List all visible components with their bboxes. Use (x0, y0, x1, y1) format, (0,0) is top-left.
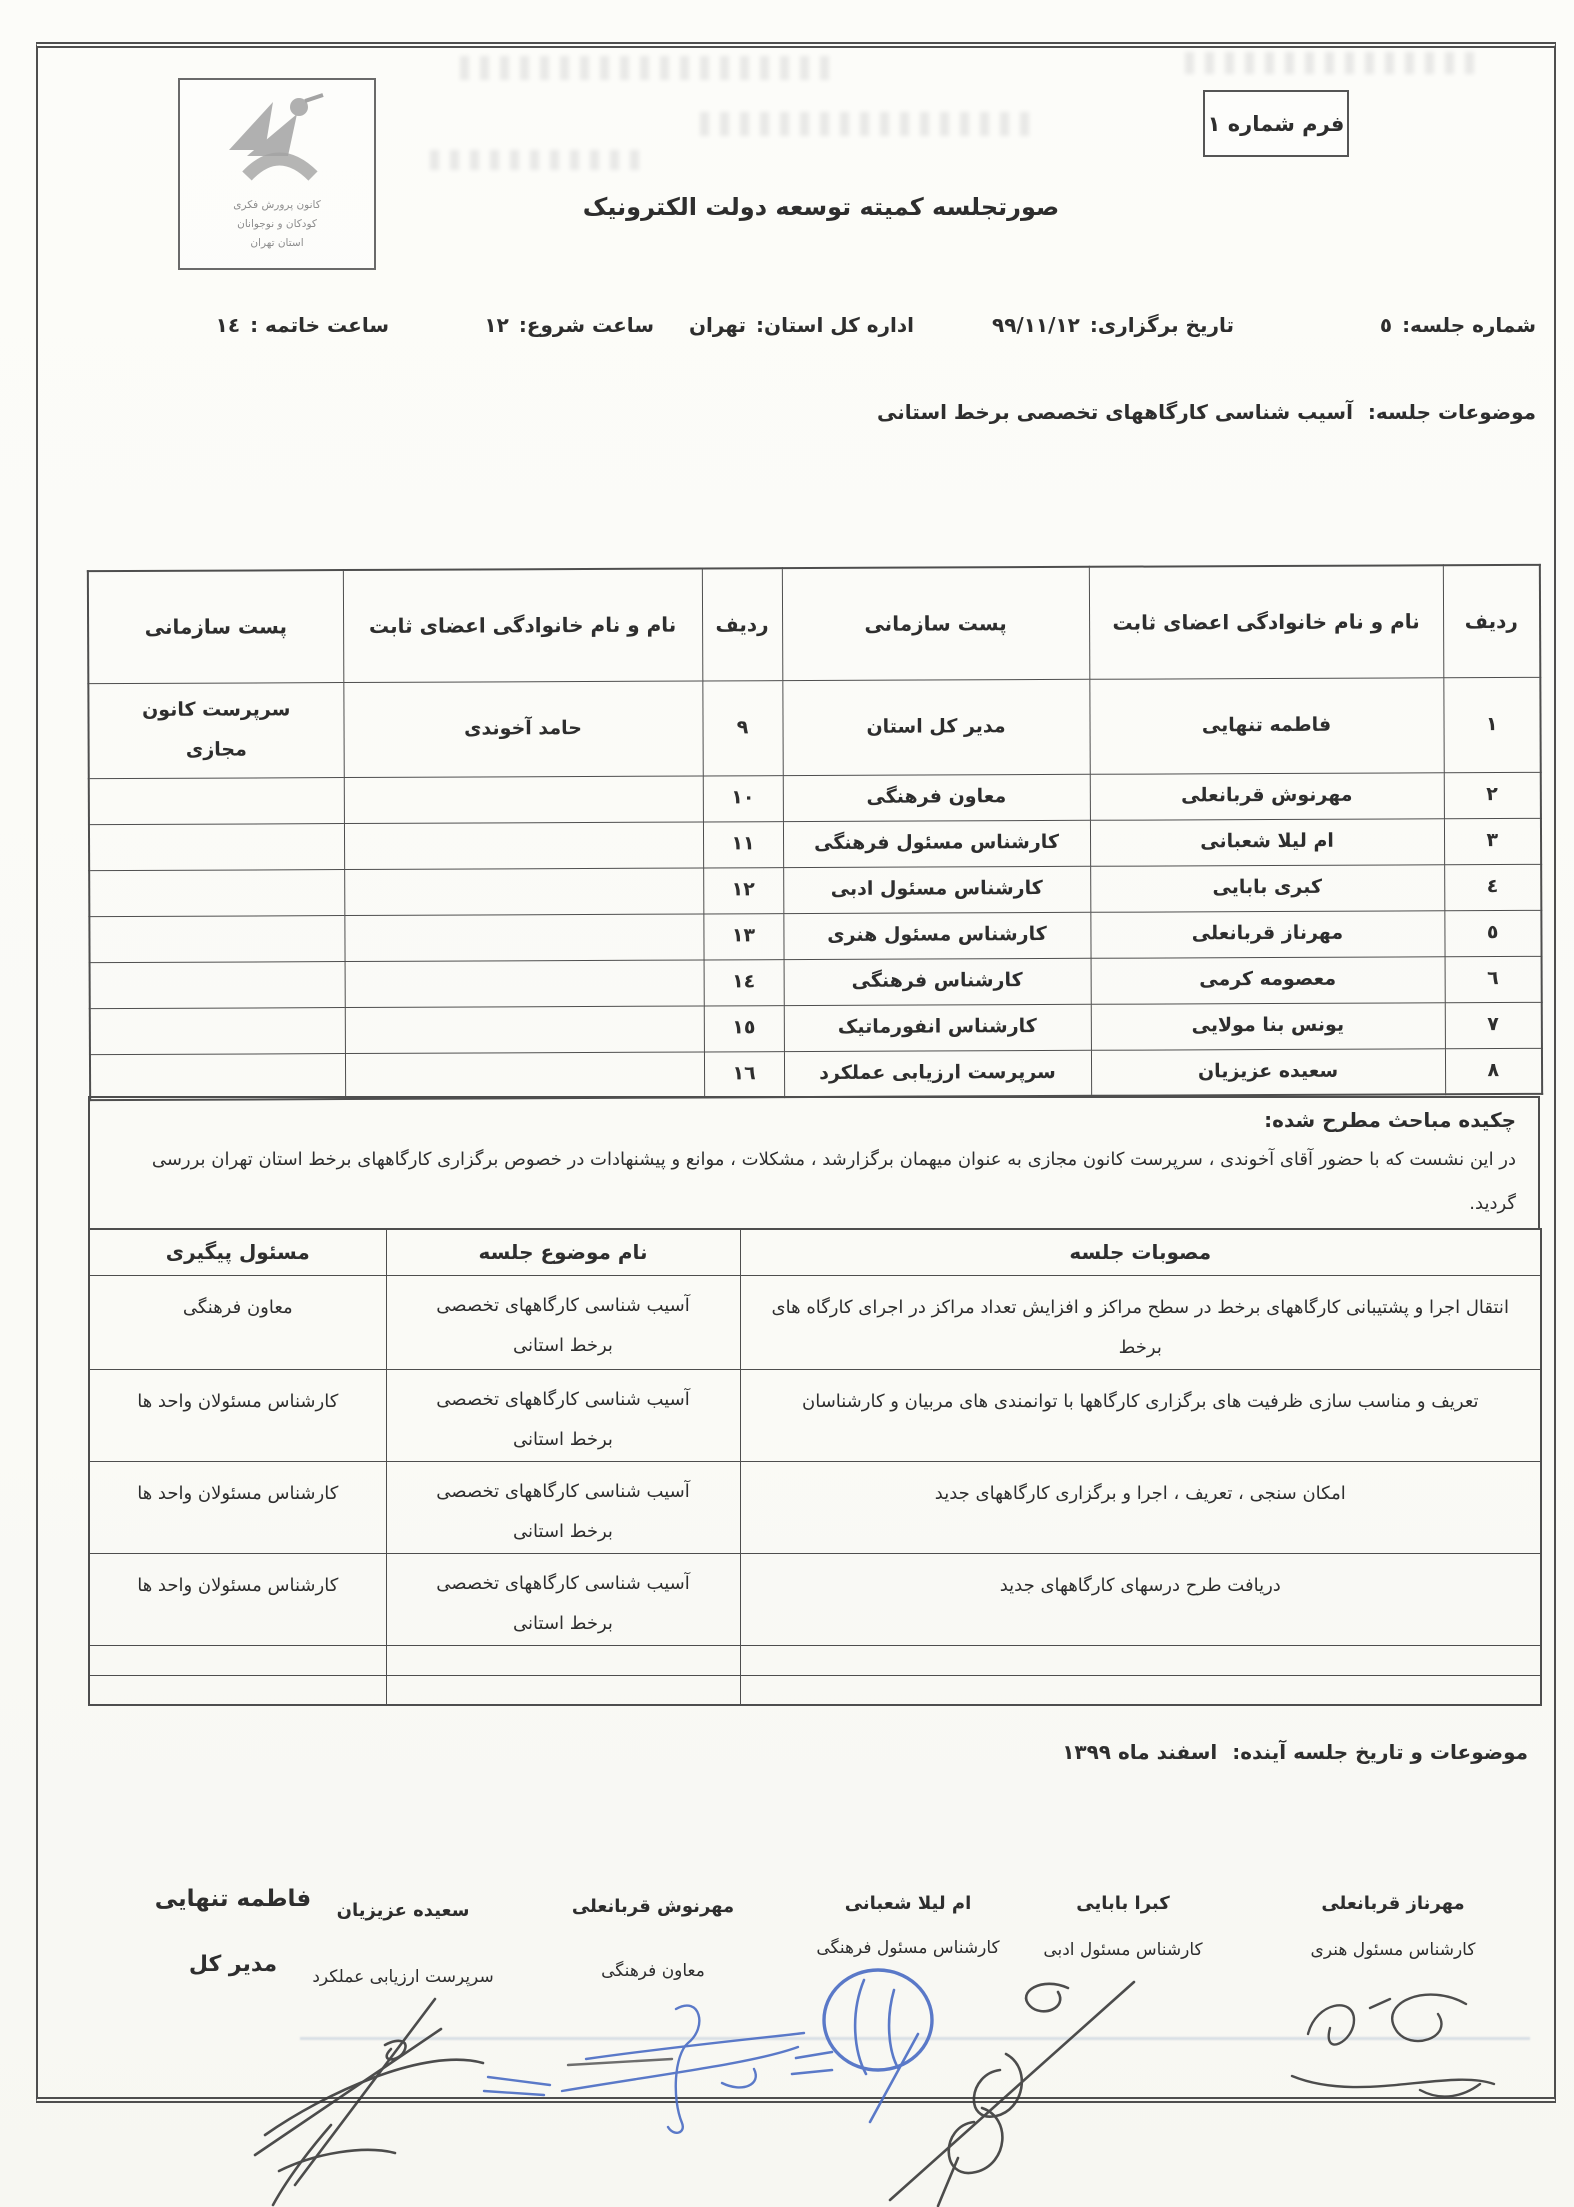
member-index-2: ۱۱ (703, 821, 783, 867)
province-office-value: تهران (689, 313, 746, 337)
col-header-post: پست سازمانی (782, 567, 1089, 680)
col-header-row-no: ردیف (1443, 565, 1540, 677)
member-name-2: حامد آخوندی (343, 680, 702, 777)
signatory-role: کارشناس مسئول ادبی (998, 1940, 1248, 1960)
member-row: ۸ سعیده عزیزیان سرپرست ارزیابی عملکرد ۱٦ (90, 1048, 1542, 1100)
member-index: ۸ (1445, 1048, 1542, 1094)
member-name: مهرنوش قربانعلی (1090, 772, 1444, 820)
form-number-label: فرم شماره ۱ (1208, 112, 1345, 136)
member-name-2 (345, 959, 704, 1007)
signatory-role: کارشناس مسئول هنری (1268, 1940, 1518, 1960)
member-post-2 (90, 961, 345, 1008)
member-name: معصومه کرمی (1091, 956, 1445, 1004)
resolution-text: انتقال اجرا و پشتیبانی کارگاههای برخط در… (740, 1275, 1541, 1369)
member-name: کبری بابایی (1090, 864, 1444, 912)
member-index: ۲ (1444, 772, 1541, 818)
ink-signature-saeedeh (235, 1985, 505, 2207)
member-index-2: ۹ (702, 680, 782, 775)
member-post: کارشناس مسئول ادبی (783, 866, 1090, 913)
province-office: اداره کل استان:تهران (689, 313, 914, 337)
member-post: کارشناس مسئول هنری (783, 912, 1090, 959)
resolution-text: دریافت طرح درسهای کارگاههای جدید (740, 1553, 1541, 1645)
resolution-owner (89, 1645, 386, 1675)
start-time-label: ساعت شروع: (519, 313, 654, 337)
resolution-owner: معاون فرهنگی (89, 1275, 386, 1369)
member-name: یونس بنا مولایی (1091, 1002, 1445, 1050)
member-post: کارشناس فرهنگی (784, 958, 1091, 1005)
col-header-row-no: ردیف (702, 568, 782, 680)
member-post: کارشناس انفورماتیک (784, 1004, 1091, 1051)
signatory-name: فاطمه تنهایی (118, 1886, 348, 1912)
start-time-value: ۱۲ (484, 313, 508, 337)
resolution-text (740, 1645, 1541, 1675)
members-header-row: ردیف نام و نام خانوادگی اعضای ثابت پست س… (88, 565, 1540, 683)
member-row: ۱ فاطمه تنهایی مدیر کل استان ۹ حامد آخون… (88, 677, 1540, 778)
member-row: ۳ ام لیلا شعبانی کارشناس مسئول فرهنگی ۱۱ (89, 818, 1541, 870)
resolution-row: امکان سنجی ، تعریف ، اجرا و برگزاری کارگ… (89, 1461, 1541, 1553)
end-time-label: ساعت خاتمه : (250, 313, 389, 337)
resolution-row: دریافت طرح درسهای کارگاههای جدید آسیب شن… (89, 1553, 1541, 1645)
resolution-text: امکان سنجی ، تعریف ، اجرا و برگزاری کارگ… (740, 1461, 1541, 1553)
member-index-2: ۱۳ (703, 913, 783, 959)
meeting-date-value: ۹۹/۱۱/۱۲ (992, 313, 1080, 337)
member-name-2 (344, 775, 703, 823)
resolution-topic: آسیب شناسی کارگاههای تخصصی برخط استانی (386, 1275, 740, 1369)
resolution-text: تعریف و مناسب سازی ظرفیت های برگزاری کار… (740, 1369, 1541, 1461)
member-name-2 (345, 1051, 704, 1099)
member-post: معاون فرهنگی (783, 774, 1090, 821)
col-header-name: نام و نام خانوادگی اعضای ثابت (1089, 565, 1443, 679)
meeting-topics-label: موضوعات جلسه: (1368, 400, 1536, 424)
kanoon-bird-logo (217, 92, 337, 188)
resolution-row-empty (89, 1675, 1541, 1705)
col-header-post: پست سازمانی (88, 570, 343, 683)
next-meeting-line: موضوعات و تاریخ جلسه آینده: اسفند ماه ۱۳… (1062, 1740, 1528, 1764)
member-name: ام لیلا شعبانی (1090, 818, 1444, 866)
signature-block-mehrnoush: مهرنوش قربانعلی معاون فرهنگی (528, 1896, 778, 1981)
member-post: سرپرست ارزیابی عملکرد (784, 1050, 1091, 1097)
signatory-name: مهرناز قربانعلی (1268, 1893, 1518, 1914)
resolutions-table: مصوبات جلسه نام موضوع جلسه مسئول پیگیری … (88, 1228, 1542, 1706)
col-header-resolution: مصوبات جلسه (740, 1229, 1541, 1275)
member-index-2: ۱۰ (703, 775, 783, 821)
member-name-2 (344, 867, 703, 915)
meeting-topics: موضوعات جلسه: آسیب شناسی کارگاههای تخصصی… (877, 400, 1536, 424)
resolution-topic (386, 1645, 740, 1675)
member-index-2: ۱٥ (704, 1005, 784, 1051)
end-time: ساعت خاتمه :۱٤ (216, 313, 389, 337)
logo-caption-line: استان تهران (180, 234, 374, 253)
col-header-name: نام و نام خانوادگی اعضای ثابت (343, 568, 702, 682)
member-name-2 (345, 1005, 704, 1053)
member-name: مهرناز قربانعلی (1090, 910, 1444, 958)
member-index-2: ۱٤ (704, 959, 784, 1005)
member-index: ٤ (1444, 864, 1541, 910)
resolution-topic: آسیب شناسی کارگاههای تخصصی برخط استانی (386, 1553, 740, 1645)
form-number-badge: فرم شماره ۱ (1203, 90, 1349, 157)
member-index-2: ۱۲ (703, 867, 783, 913)
signature-block-director: فاطمه تنهایی مدیر کل (118, 1886, 348, 1977)
page-title: صورتجلسه کمیته توسعه دولت الکترونیک (38, 193, 1554, 221)
meeting-topics-value: آسیب شناسی کارگاههای تخصصی برخط استانی (877, 400, 1353, 424)
resolution-text (740, 1675, 1541, 1705)
resolution-owner: کارشناس مسئولان واحد ها (89, 1461, 386, 1553)
member-row: ٤ کبری بابایی کارشناس مسئول ادبی ۱۲ (89, 864, 1541, 916)
resolution-row: تعریف و مناسب سازی ظرفیت های برگزاری کار… (89, 1369, 1541, 1461)
col-header-topic: نام موضوع جلسه (386, 1229, 740, 1275)
members-table: ردیف نام و نام خانوادگی اعضای ثابت پست س… (87, 564, 1543, 1101)
member-post-2 (89, 823, 344, 870)
discussion-summary-section: چکیده مباحث مطرح شده: در این نشست که با … (88, 1096, 1540, 1228)
resolution-row-empty (89, 1645, 1541, 1675)
member-row: ۲ مهرنوش قربانعلی معاون فرهنگی ۱۰ (89, 772, 1541, 824)
signature-block-kobra: کبرا بابایی کارشناس مسئول ادبی (998, 1893, 1248, 1960)
member-row: ۷ یونس بنا مولایی کارشناس انفورماتیک ۱٥ (90, 1002, 1542, 1054)
signatory-name: ام لیلا شعبانی (783, 1893, 1033, 1914)
member-post-2 (89, 869, 344, 916)
member-name: فاطمه تنهایی (1089, 677, 1443, 774)
member-row: ٥ مهرناز قربانعلی کارشناس مسئول هنری ۱۳ (89, 910, 1541, 962)
resolution-owner (89, 1675, 386, 1705)
col-header-owner: مسئول پیگیری (89, 1229, 386, 1275)
member-row: ٦ معصومه کرمی کارشناس فرهنگی ۱٤ (90, 956, 1542, 1008)
resolution-topic: آسیب شناسی کارگاههای تخصصی برخط استانی (386, 1461, 740, 1553)
member-name-2 (344, 913, 703, 961)
ink-signature-mehrnaz (1270, 1972, 1500, 2117)
signatory-name: مهرنوش قربانعلی (528, 1896, 778, 1917)
member-index: ۳ (1444, 818, 1541, 864)
member-index-2: ۱٦ (704, 1051, 784, 1097)
province-office-label: اداره کل استان: (756, 313, 914, 337)
signatory-name: کبرا بابایی (998, 1893, 1248, 1914)
next-meeting-label: موضوعات و تاریخ جلسه آینده: (1232, 1740, 1528, 1764)
meeting-date-label: تاریخ برگزاری: (1090, 313, 1234, 337)
meeting-date: تاریخ برگزاری:۹۹/۱۱/۱۲ (992, 313, 1234, 337)
summary-title: چکیده مباحث مطرح شده: (90, 1098, 1538, 1132)
org-logo: کانون پرورش فکری کودکان و نوجوانان استان… (178, 78, 376, 270)
resolution-owner: کارشناس مسئولان واحد ها (89, 1553, 386, 1645)
member-index: ۱ (1443, 677, 1540, 772)
ink-signature-omleila (790, 1962, 1015, 2132)
session-number: شماره جلسه:٥ (1380, 313, 1536, 337)
session-number-value: ٥ (1380, 313, 1392, 337)
member-name: سعیده عزیزیان (1091, 1048, 1445, 1096)
member-name-2 (344, 821, 703, 869)
resolution-topic: آسیب شناسی کارگاههای تخصصی برخط استانی (386, 1369, 740, 1461)
meeting-meta-line: شماره جلسه:٥ تاریخ برگزاری:۹۹/۱۱/۱۲ ادار… (38, 313, 1554, 347)
member-post: کارشناس مسئول فرهنگی (783, 820, 1090, 867)
scanned-meeting-minutes-page: فرم شماره ۱ کانون پرورش فکری کودکان و نو… (0, 0, 1574, 2207)
ink-signature-mehrnoush (470, 1995, 810, 2135)
member-post-2: سرپرست کانون مجازی (88, 682, 343, 778)
signature-block-omleila: ام لیلا شعبانی کارشناس مسئول فرهنگی (783, 1893, 1033, 1958)
member-post-2 (89, 915, 344, 962)
signatory-role: معاون فرهنگی (528, 1961, 778, 1981)
resolutions-header-row: مصوبات جلسه نام موضوع جلسه مسئول پیگیری (89, 1229, 1541, 1275)
member-post: مدیر کل استان (782, 679, 1089, 775)
resolution-row: انتقال اجرا و پشتیبانی کارگاههای برخط در… (89, 1275, 1541, 1369)
signatory-role: کارشناس مسئول فرهنگی (783, 1938, 1033, 1958)
document-frame: فرم شماره ۱ کانون پرورش فکری کودکان و نو… (36, 42, 1556, 2103)
session-number-label: شماره جلسه: (1402, 313, 1536, 337)
summary-body: در این نشست که با حضور آقای آخوندی ، سرپ… (90, 1138, 1538, 1226)
next-meeting-value: اسفند ماه ۱۳۹۹ (1062, 1740, 1217, 1764)
member-index: ۷ (1445, 1002, 1542, 1048)
start-time: ساعت شروع:۱۲ (484, 313, 654, 337)
member-index: ٦ (1445, 956, 1542, 1002)
resolution-topic (386, 1675, 740, 1705)
signatory-role: مدیر کل (118, 1952, 348, 1977)
resolution-owner: کارشناس مسئولان واحد ها (89, 1369, 386, 1461)
end-time-value: ۱٤ (216, 313, 240, 337)
member-post-2 (89, 777, 344, 824)
member-post-2 (90, 1007, 345, 1054)
member-index: ٥ (1444, 910, 1541, 956)
member-post-2 (90, 1053, 345, 1100)
signature-block-mehrnaz: مهرناز قربانعلی کارشناس مسئول هنری (1268, 1893, 1518, 1960)
